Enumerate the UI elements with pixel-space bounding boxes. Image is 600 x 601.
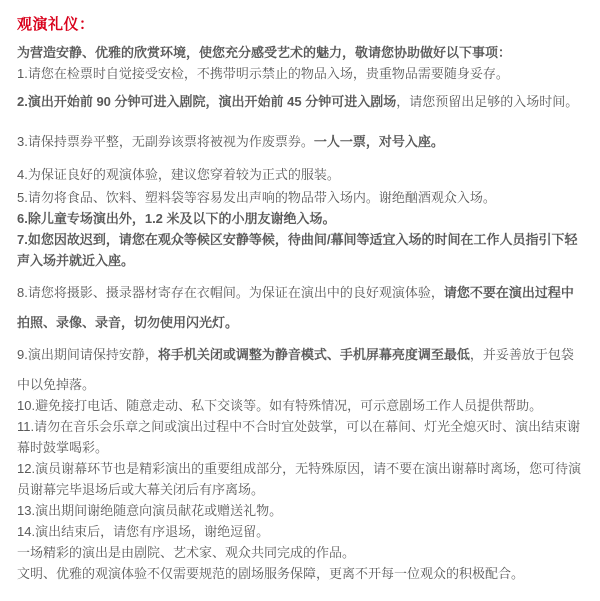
body-text: 4.为保证良好的观演体验，建议您穿着较为正式的服装。 bbox=[17, 167, 340, 182]
etiquette-document: 观演礼仪： 为营造安静、优雅的欣赏环境，使您充分感受艺术的魅力，敬请您协助做好以… bbox=[17, 14, 583, 584]
body-text: 10.避免接打电话、随意走动、私下交谈等。如有特殊情况，可示意剧场工作人员提供帮… bbox=[17, 398, 542, 413]
list-item: 5.请勿将食品、饮料、塑料袋等容易发出声响的物品带入场内。谢绝酗酒观众入场。 bbox=[17, 187, 583, 208]
closing-line: 文明、优雅的观演体验不仅需要规范的剧场服务保障，更离不开每一位观众的积极配合。 bbox=[17, 563, 583, 584]
page-title: 观演礼仪： bbox=[17, 14, 583, 36]
emphasized-text: 为营造安静、优雅的欣赏环境，使您充分感受艺术的魅力，敬请您协助做好以下事项： bbox=[17, 45, 511, 60]
list-item: 8.请您将摄影、摄录器材寄存在衣帽间。为保证在演出中的良好观演体验，请您不要在演… bbox=[17, 278, 583, 338]
emphasized-text: 6.除儿童专场演出外，1.2 米及以下的小朋友谢绝入场。 bbox=[17, 211, 336, 226]
list-item: 13.演出期间谢绝随意向演员献花或赠送礼物。 bbox=[17, 500, 583, 521]
body-text: 9.演出期间请保持安静， bbox=[17, 347, 158, 362]
emphasized-text: 7.如您因故迟到，请您在观众等候区安静等候，待曲间/幕间等适宜入场的时间在工作人… bbox=[17, 232, 577, 268]
list-item: 7.如您因故迟到，请您在观众等候区安静等候，待曲间/幕间等适宜入场的时间在工作人… bbox=[17, 229, 583, 271]
list-item: 1.请您在检票时自觉接受安检，不携带明示禁止的物品入场，贵重物品需要随身妥存。 bbox=[17, 63, 583, 84]
body-text: 14.演出结束后，请您有序退场，谢绝逗留。 bbox=[17, 524, 269, 539]
list-item: 11.请勿在音乐会乐章之间或演出过程中不合时宜处鼓掌，可以在幕间、灯光全熄灭时、… bbox=[17, 416, 583, 458]
body-text: 1.请您在检票时自觉接受安检，不携带明示禁止的物品入场，贵重物品需要随身妥存。 bbox=[17, 66, 509, 81]
body-text: 8.请您将摄影、摄录器材寄存在衣帽间。为保证在演出中的良好观演体验， bbox=[17, 285, 444, 300]
etiquette-list: 1.请您在检票时自觉接受安检，不携带明示禁止的物品入场，贵重物品需要随身妥存。2… bbox=[17, 63, 583, 542]
list-item: 10.避免接打电话、随意走动、私下交谈等。如有特殊情况，可示意剧场工作人员提供帮… bbox=[17, 395, 583, 416]
body-text: 12.演员谢幕环节也是精彩演出的重要组成部分，无特殊原因，请不要在演出谢幕时离场… bbox=[17, 461, 581, 497]
body-text: 一场精彩的演出是由剧院、艺术家、观众共同完成的作品。 bbox=[17, 545, 355, 560]
list-item: 14.演出结束后，请您有序退场，谢绝逗留。 bbox=[17, 521, 583, 542]
body-text: 13.演出期间谢绝随意向演员献花或赠送礼物。 bbox=[17, 503, 282, 518]
emphasized-text: 将手机关闭或调整为静音模式、手机屏幕亮度调至最低 bbox=[158, 347, 470, 362]
body-text: 3.请保持票券平整，无副券该票将被视为作废票券。 bbox=[17, 134, 314, 149]
list-item: 4.为保证良好的观演体验，建议您穿着较为正式的服装。 bbox=[17, 164, 583, 185]
list-item: 3.请保持票券平整，无副券该票将被视为作废票券。一人一票，对号入座。 bbox=[17, 131, 583, 152]
list-item: 6.除儿童专场演出外，1.2 米及以下的小朋友谢绝入场。 bbox=[17, 208, 583, 229]
closing-paragraphs: 一场精彩的演出是由剧院、艺术家、观众共同完成的作品。文明、优雅的观演体验不仅需要… bbox=[17, 542, 583, 584]
body-text: 5.请勿将食品、饮料、塑料袋等容易发出声响的物品带入场内。谢绝酗酒观众入场。 bbox=[17, 190, 496, 205]
list-item: 2.演出开始前 90 分钟可进入剧院，演出开始前 45 分钟可进入剧场，请您预留… bbox=[17, 91, 583, 112]
body-text: 文明、优雅的观演体验不仅需要规范的剧场服务保障，更离不开每一位观众的积极配合。 bbox=[17, 566, 524, 581]
intro-paragraph: 为营造安静、优雅的欣赏环境，使您充分感受艺术的魅力，敬请您协助做好以下事项： bbox=[17, 42, 583, 63]
emphasized-text: 一人一票，对号入座。 bbox=[314, 134, 444, 149]
emphasized-text: 2.演出开始前 90 分钟可进入剧院，演出开始前 45 分钟可进入剧场 bbox=[17, 94, 396, 109]
list-item: 9.演出期间请保持安静，将手机关闭或调整为静音模式、手机屏幕亮度调至最低，并妥善… bbox=[17, 340, 583, 400]
list-item: 12.演员谢幕环节也是精彩演出的重要组成部分，无特殊原因，请不要在演出谢幕时离场… bbox=[17, 458, 583, 500]
closing-line: 一场精彩的演出是由剧院、艺术家、观众共同完成的作品。 bbox=[17, 542, 583, 563]
body-text: 11.请勿在音乐会乐章之间或演出过程中不合时宜处鼓掌，可以在幕间、灯光全熄灭时、… bbox=[17, 419, 580, 455]
body-text: ，请您预留出足够的入场时间。 bbox=[396, 94, 578, 109]
